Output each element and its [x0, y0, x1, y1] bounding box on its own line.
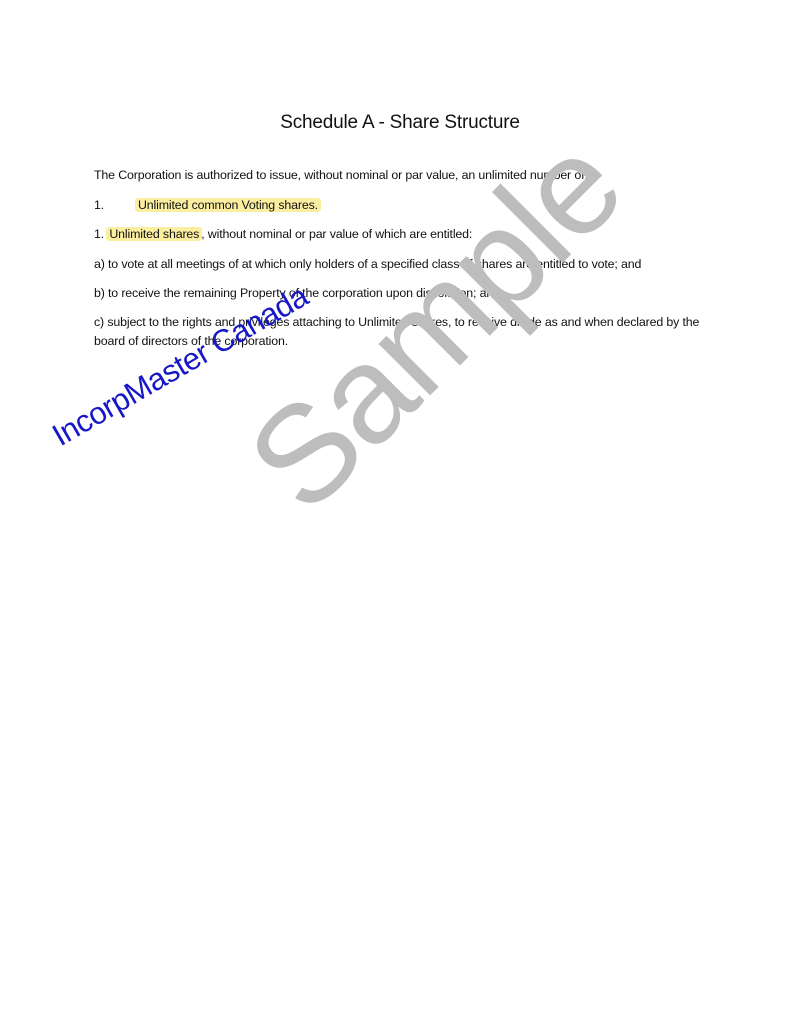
clause-b: b) to receive the remaining Property of …	[94, 284, 500, 303]
highlighted-text: Unlimited common Voting shares.	[135, 198, 321, 212]
list-item-number: 1.	[94, 196, 136, 215]
highlighted-text: Unlimited shares	[106, 227, 202, 241]
list-item-unlimited-shares: 1. Unlimited shares, without nominal or …	[94, 225, 472, 244]
clause-c: c) subject to the rights and privileges …	[94, 313, 704, 351]
page-title: Schedule A - Share Structure	[0, 112, 800, 134]
list-item-voting-shares: 1.Unlimited common Voting shares.	[94, 196, 320, 215]
document-page: Schedule A - Share Structure The Corpora…	[0, 0, 800, 1035]
clause-a: a) to vote at all meetings of at which o…	[94, 255, 641, 274]
list-item-suffix: , without nominal or par value of which …	[201, 227, 472, 241]
intro-paragraph: The Corporation is authorized to issue, …	[94, 166, 588, 185]
